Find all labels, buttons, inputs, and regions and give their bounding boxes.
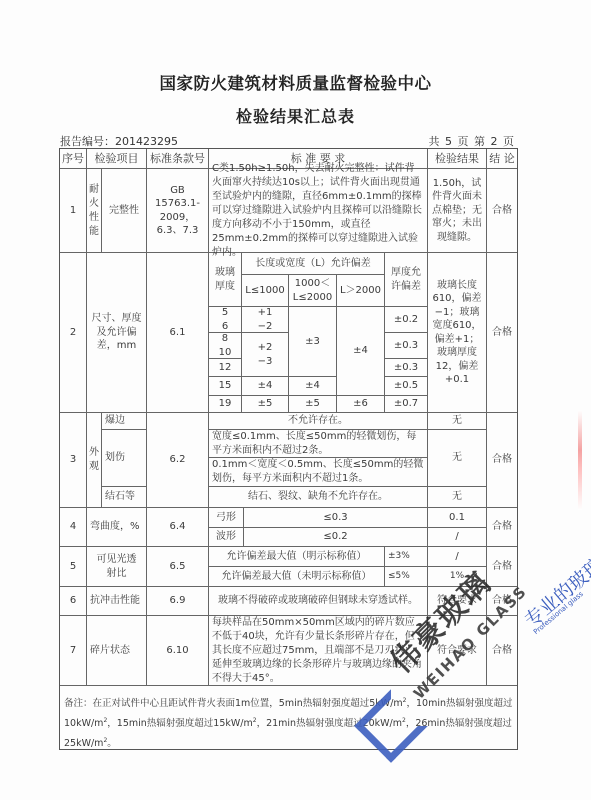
row4-no: 4 bbox=[60, 508, 87, 547]
row3-req-stone: 结石、裂纹、缺角不允许存在。 bbox=[209, 487, 428, 508]
sub-a12: +1 −2 bbox=[242, 307, 289, 333]
col-header-clause: 标准条款号 bbox=[147, 149, 209, 169]
row1-item: 完整性 bbox=[102, 169, 147, 253]
row5-limit-undeclared: ≤5% bbox=[385, 567, 428, 587]
sub-t5: 19 bbox=[209, 396, 242, 413]
col-header-item: 检验项目 bbox=[87, 149, 147, 169]
doc-title: 检验结果汇总表 bbox=[0, 104, 591, 127]
report-number: 报告编号：201423295 bbox=[60, 133, 178, 149]
sub-header-thickness: 玻璃厚度 bbox=[209, 253, 242, 307]
org-title: 国家防火建筑材料质量监督检验中心 bbox=[0, 70, 591, 94]
row2-conclusion: 合格 bbox=[487, 253, 517, 413]
row5-clause: 6.5 bbox=[147, 547, 209, 587]
sub-t3: 12 bbox=[209, 359, 242, 377]
sub-header-l2: 1000＜L≤2000 bbox=[289, 275, 337, 307]
row5-no: 5 bbox=[60, 547, 87, 587]
row4-req-wave: ≤0.2 bbox=[244, 528, 428, 547]
row4-clause: 6.4 bbox=[147, 508, 209, 547]
col-header-no: 序号 bbox=[60, 149, 87, 169]
sub-header-l1: L≤1000 bbox=[242, 275, 289, 307]
row3-group: 外观 bbox=[87, 413, 102, 508]
row3-result-stone: 无 bbox=[428, 487, 487, 508]
row2-result: 玻璃长度610，偏差−1；玻璃宽度610，偏差+1；玻璃厚度12，偏差+0.1 bbox=[428, 253, 487, 413]
sub-a4: ±4 bbox=[242, 377, 289, 396]
row6-no: 6 bbox=[60, 587, 87, 616]
sub-b123: ±3 bbox=[289, 307, 337, 377]
row4-item: 弯曲度，% bbox=[87, 508, 147, 547]
sub-c5: ±6 bbox=[337, 396, 385, 413]
row3-clause: 6.2 bbox=[147, 413, 209, 508]
row3-req-edge: 不允许存在。 bbox=[209, 413, 428, 430]
row4-result-wave: / bbox=[428, 528, 487, 547]
row5-item: 可见光透射比 bbox=[87, 547, 147, 587]
page-info: 共 5 页 第 2 页 bbox=[429, 133, 515, 149]
sub-d4: ±0.5 bbox=[385, 377, 428, 396]
sub-t2: 8 10 bbox=[209, 333, 242, 359]
row4-conclusion: 合格 bbox=[487, 508, 517, 547]
sub-d1: ±0.2 bbox=[385, 307, 428, 333]
sub-a23: +2 −3 bbox=[242, 333, 289, 377]
row3-result-edge: 无 bbox=[428, 413, 487, 430]
row5-conclusion: 合格 bbox=[487, 547, 517, 587]
row3-no: 3 bbox=[60, 413, 87, 508]
row4-req-bow: ≤0.3 bbox=[244, 508, 428, 528]
row1-clause: GB 15763.1-2009，6.3、7.3 bbox=[147, 169, 209, 253]
row5-limit-declared: ±3% bbox=[385, 547, 428, 567]
row5-req-undeclared: 允许偏差最大值（未明示标称值） bbox=[209, 567, 385, 587]
sub-t1: 5 6 bbox=[209, 307, 242, 333]
row3-req-scratch-b: 0.1mm＜宽度＜0.5mm、长度≤50mm的轻微划伤，每平方米面积内不超过1条… bbox=[209, 458, 428, 487]
row3-item-edge: 爆边 bbox=[102, 413, 147, 430]
sub-header-l3: L＞2000 bbox=[337, 275, 385, 307]
row3-result-scratch: 无 bbox=[428, 430, 487, 487]
row2-clause: 6.1 bbox=[147, 253, 209, 413]
row3-item-scratch: 划伤 bbox=[102, 430, 147, 487]
sub-d3: ±0.3 bbox=[385, 359, 428, 377]
sub-c1234: ±4 bbox=[337, 307, 385, 396]
row1-group: 耐火性能 bbox=[87, 169, 102, 253]
row7-clause: 6.10 bbox=[147, 616, 209, 686]
row3-conclusion: 合格 bbox=[487, 413, 517, 508]
row1-result: 1.50h，试件背火面未点棉垫；无窜火；未出现缝隙。 bbox=[428, 169, 487, 253]
row4-result-bow: 0.1 bbox=[428, 508, 487, 528]
red-seal-fragment bbox=[578, 410, 582, 510]
row1-no: 1 bbox=[60, 169, 87, 253]
row4-type-wave: 波形 bbox=[209, 528, 244, 547]
sub-d5: ±0.7 bbox=[385, 396, 428, 413]
row6-requirement: 玻璃不得破碎或玻璃破碎但钢球未穿透试样。 bbox=[209, 587, 428, 616]
row6-clause: 6.9 bbox=[147, 587, 209, 616]
sub-b4: ±4 bbox=[289, 377, 337, 396]
sub-t4: 15 bbox=[209, 377, 242, 396]
remark-note: 备注：在正对试件中心且距试件背火表面1m位置，5min热辐射强度超过5kW/m2… bbox=[60, 686, 517, 758]
sub-a5: ±5 bbox=[242, 396, 289, 413]
sub-header-lw: 长度或宽度（L）允许偏差 bbox=[242, 253, 385, 275]
row2-item: 尺寸、厚度及允许偏差，mm bbox=[87, 253, 147, 413]
col-header-conclusion: 结 论 bbox=[487, 149, 517, 169]
row1-conclusion: 合格 bbox=[487, 169, 517, 253]
sub-d2: ±0.3 bbox=[385, 333, 428, 359]
col-header-result: 检验结果 bbox=[428, 149, 487, 169]
row3-req-scratch-a: 宽度≤0.1mm、长度≤50mm的轻微划伤，每平方米面积内不超过2条。 bbox=[209, 430, 428, 458]
row1-requirement: C类1.50h≥1.50h，失去耐火完整性：试件背火面窜火持续达10s以上；试件… bbox=[209, 169, 428, 253]
row3-item-stone: 结石等 bbox=[102, 487, 147, 508]
row7-item: 碎片状态 bbox=[87, 616, 147, 686]
row6-item: 抗冲击性能 bbox=[87, 587, 147, 616]
row5-req-declared: 允许偏差最大值（明示标称值） bbox=[209, 547, 385, 567]
sub-header-tol: 厚度允许偏差 bbox=[385, 253, 428, 307]
row2-no: 2 bbox=[60, 253, 87, 413]
sub-b5: ±5 bbox=[289, 396, 337, 413]
row5-result-declared: / bbox=[428, 547, 487, 567]
row7-no: 7 bbox=[60, 616, 87, 686]
row4-type-bow: 弓形 bbox=[209, 508, 244, 528]
